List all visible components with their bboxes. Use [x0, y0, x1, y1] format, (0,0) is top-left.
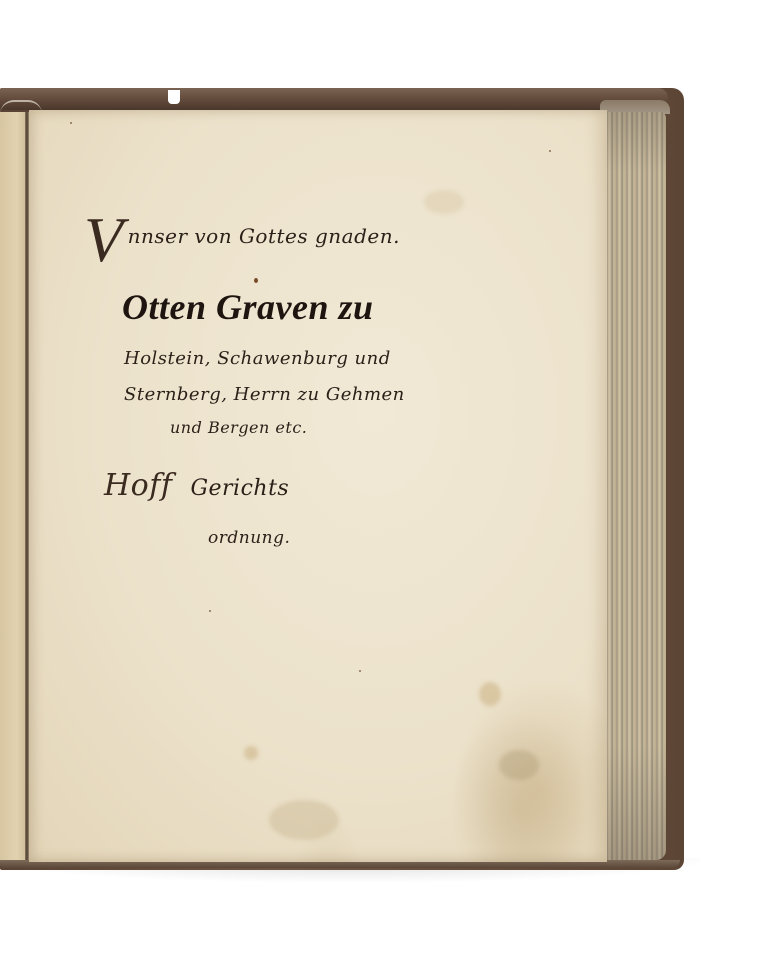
manuscript-line-5: und Bergen etc.: [170, 418, 307, 437]
manuscript-line-1: Vnnser von Gottes gnaden.: [84, 214, 400, 265]
paper-speck: [70, 122, 72, 124]
ink-blot: [254, 278, 258, 283]
manuscript-line-4: Sternberg, Herrn zu Gehmen: [124, 384, 405, 405]
manuscript-line-3: Holstein, Schawenburg und: [124, 348, 391, 369]
photo-scene: Vnnser von Gottes gnaden. Otten Graven z…: [0, 0, 768, 974]
foxing-stain: [269, 800, 339, 840]
manuscript-line-2: Otten Graven zu: [122, 286, 374, 328]
manuscript-line-7: ordnung.: [208, 528, 290, 548]
line-text: nnser von Gottes gnaden.: [128, 224, 400, 248]
line-text: Gerichts: [190, 476, 289, 501]
paper-speck: [549, 150, 551, 152]
fore-edge-shading: [604, 112, 666, 860]
cover-damage-nick: [168, 90, 180, 104]
foxing-stain: [479, 682, 501, 706]
paper-speck: [209, 610, 211, 612]
foxing-stain: [499, 750, 539, 780]
manuscript-line-6: HoffGerichts: [104, 468, 289, 503]
paper-speck: [359, 670, 361, 672]
left-page-edge: [0, 112, 28, 862]
cover-top-edge: [0, 88, 668, 110]
foxing-stain: [244, 746, 258, 760]
flourished-word: Hoff: [104, 468, 172, 503]
decorated-initial: V: [84, 204, 124, 275]
foxing-stain: [424, 190, 464, 214]
